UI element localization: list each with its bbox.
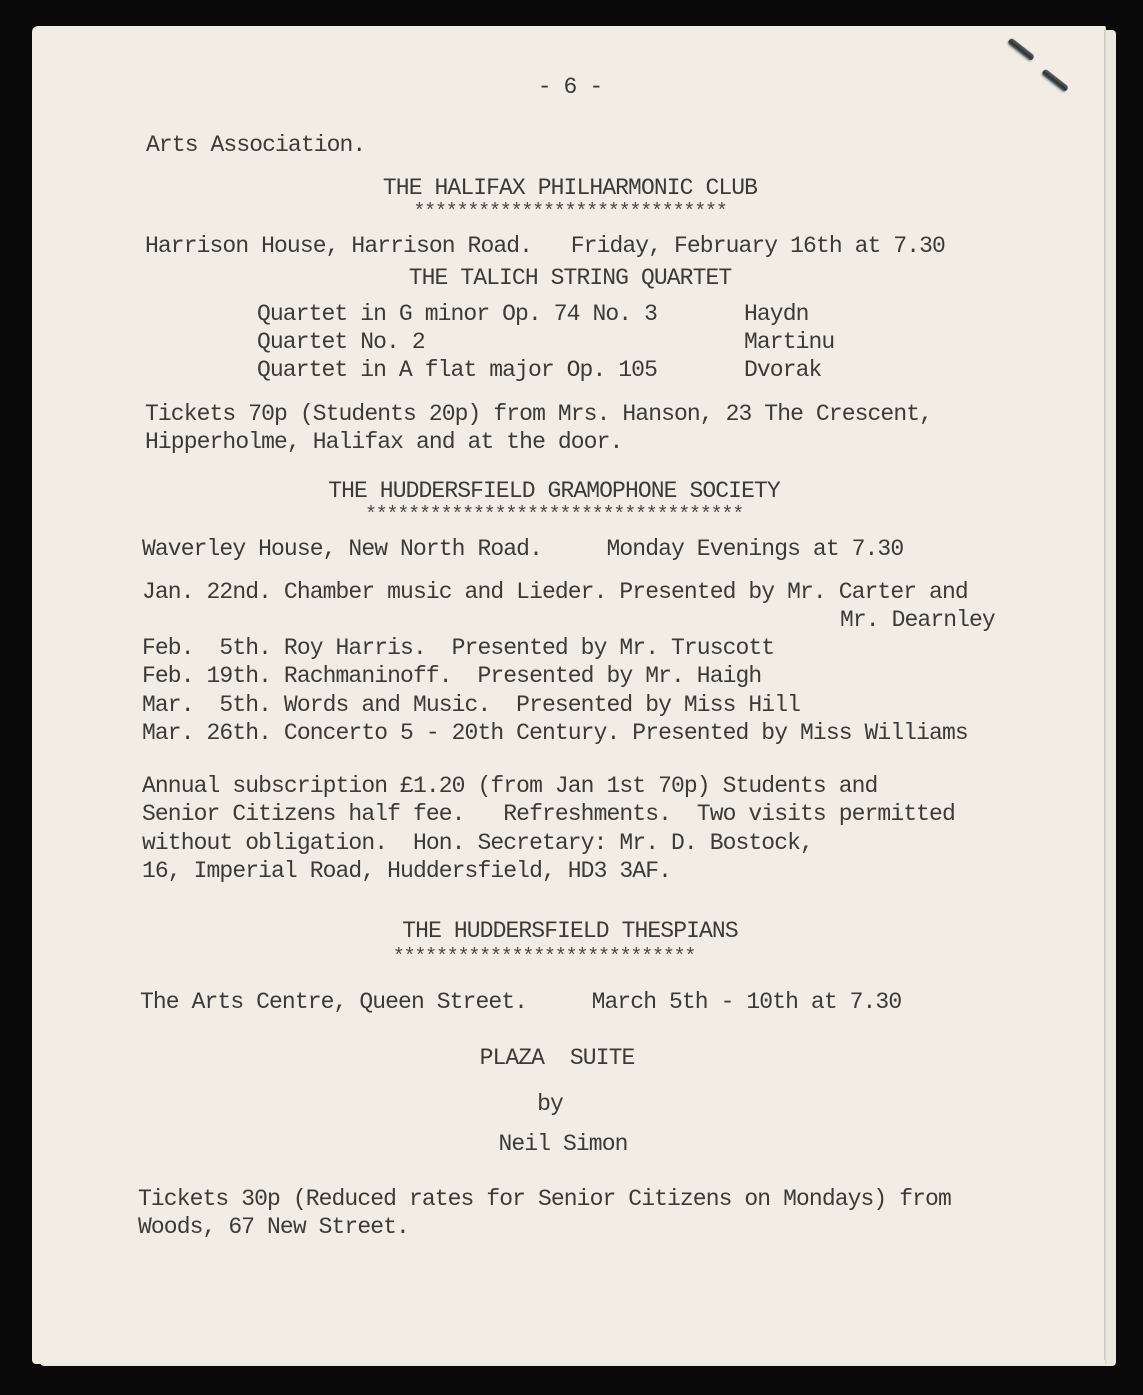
gramophone-venue: Waverley House, New North Road. Monday E…	[142, 535, 903, 563]
thespians-venue: The Arts Centre, Queen Street. March 5th…	[140, 988, 901, 1016]
play-author: Neil Simon	[263, 1130, 863, 1158]
subscription-line: 16, Imperial Road, Huddersfield, HD3 3AF…	[142, 857, 671, 885]
thespians-tickets: Tickets 30p (Reduced rates for Senior Ci…	[138, 1185, 951, 1213]
programme-work: Quartet in A flat major Op. 105	[257, 356, 657, 384]
intro-line: Arts Association.	[146, 131, 365, 159]
thespians-tickets: Woods, 67 New Street.	[138, 1213, 409, 1241]
event-line: Jan. 22nd. Chamber music and Lieder. Pre…	[142, 578, 968, 606]
event-line: Mar. 5th. Words and Music. Presented by …	[142, 691, 800, 719]
event-line: Feb. 19th. Rachmaninoff. Presented by Mr…	[142, 662, 761, 690]
thespians-title: THE HUDDERSFIELD THESPIANS	[270, 917, 870, 945]
event-line: Feb. 5th. Roy Harris. Presented by Mr. T…	[142, 634, 774, 662]
programme-work: Quartet in G minor Op. 74 No. 3	[257, 300, 657, 328]
programme-work: Quartet No. 2	[257, 328, 425, 356]
programme-composer: Martinu	[744, 328, 834, 356]
programme-composer: Dvorak	[744, 356, 821, 384]
halifax-tickets: Hipperholme, Halifax and at the door.	[145, 428, 622, 456]
subscription-line: Annual subscription £1.20 (from Jan 1st …	[142, 772, 877, 800]
play-by: by	[250, 1090, 850, 1118]
subscription-line: without obligation. Hon. Secretary: Mr. …	[142, 829, 813, 857]
gramophone-title: THE HUDDERSFIELD GRAMOPHONE SOCIETY	[254, 477, 854, 505]
halifax-underline: *****************************	[270, 199, 870, 227]
halifax-tickets: Tickets 70p (Students 20p) from Mrs. Han…	[145, 400, 932, 428]
gramophone-underline: ***********************************	[254, 502, 854, 530]
programme-composer: Haydn	[744, 300, 809, 328]
event-line-continuation: Mr. Dearnley	[840, 606, 995, 634]
halifax-title: THE HALIFAX PHILHARMONIC CLUB	[270, 174, 870, 202]
play-title: PLAZA SUITE	[257, 1044, 857, 1072]
halifax-venue: Harrison House, Harrison Road. Friday, F…	[145, 232, 945, 260]
event-line: Mar. 26th. Concerto 5 - 20th Century. Pr…	[142, 719, 968, 747]
page-number: - 6 -	[470, 73, 670, 101]
subscription-line: Senior Citizens half fee. Refreshments. …	[142, 800, 955, 828]
halifax-ensemble: THE TALICH STRING QUARTET	[270, 264, 870, 292]
page-edge-line	[1104, 30, 1105, 1360]
thespians-underline: ****************************	[244, 944, 844, 972]
